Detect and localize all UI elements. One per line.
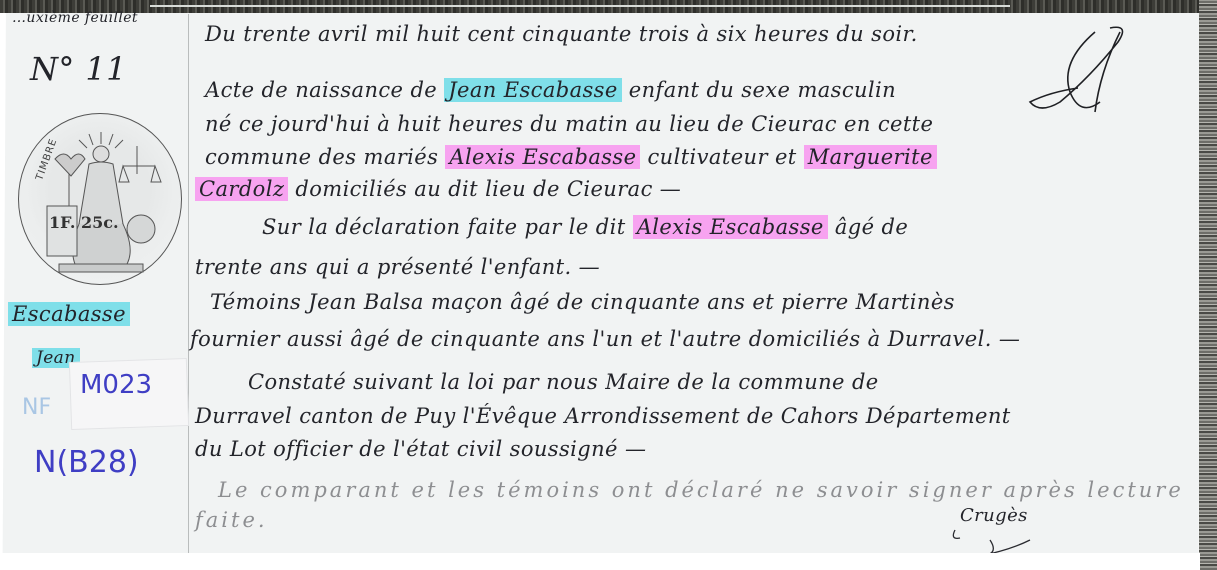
reference-code: M023 (80, 370, 152, 400)
margin-rule (188, 14, 189, 554)
body-line-5: Cardolz domiciliés au dit lieu de Cieura… (195, 177, 681, 201)
body-line-3: né ce jourd'hui à huit heures du matin a… (205, 112, 933, 136)
scan-bottom-margin (0, 553, 1200, 570)
page-top-edge (0, 0, 1217, 13)
body-line-1: Du trente avril mil huit cent cinquante … (205, 22, 918, 46)
declarant-name-highlight: Alexis Escabasse (633, 215, 828, 239)
mother-name-highlight: Marguerite (804, 145, 937, 169)
margin-surname-tag: Escabasse (8, 302, 130, 326)
margin-header-fragment: …uxième feuillet (12, 10, 138, 26)
page-right-edge (1199, 0, 1217, 570)
tax-stamp: TIMBRE 1F. 25c. (18, 113, 182, 285)
mother-surname-highlight: Cardolz (195, 177, 288, 201)
acte-number: N° 11 (30, 50, 127, 88)
faint-reference: NF (22, 395, 51, 420)
stamp-price: 1F. 25c. (49, 214, 119, 232)
body-line-10: Constaté suivant la loi par nous Maire d… (248, 370, 879, 394)
surname-highlight: Escabasse (8, 302, 130, 326)
seated-justice-icon (19, 114, 183, 286)
body-line-7: trente ans qui a présenté l'enfant. — (195, 255, 600, 279)
body-line-12: du Lot officier de l'état civil soussign… (195, 437, 646, 461)
paraph-flourish-icon (1000, 22, 1140, 132)
body-line-2: Acte de naissance de Jean Escabasse enfa… (205, 78, 896, 102)
father-name-highlight: Alexis Escabasse (445, 145, 640, 169)
body-line-9: fournier aussi âgé de cinquante ans l'un… (190, 327, 1020, 351)
reference-code-2: N(B28) (34, 445, 139, 480)
body-line-8: Témoins Jean Balsa maçon âgé de cinquant… (210, 290, 955, 314)
body-line-14: faite. (195, 508, 268, 532)
body-line-4: commune des mariés Alexis Escabasse cult… (205, 145, 937, 169)
body-line-11: Durravel canton de Puy l'Évêque Arrondis… (195, 404, 1011, 428)
child-name-highlight: Jean Escabasse (444, 78, 622, 102)
body-line-13: Le comparant et les témoins ont déclaré … (218, 478, 1184, 502)
body-line-6: Sur la déclaration faite par le dit Alex… (262, 215, 908, 239)
